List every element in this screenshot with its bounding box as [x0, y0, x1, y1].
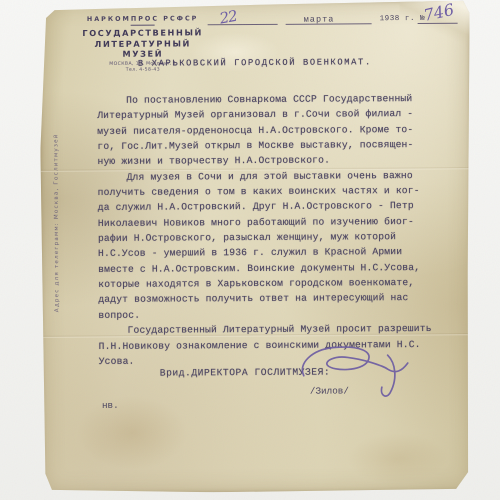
body-line: Литературный Музей организовал в г.Сочи …: [97, 106, 437, 123]
recipient-line: В ХАРЬКОВСКИЙ ГОРОДСКОЙ ВОЕНКОМАТ.: [40, 57, 470, 70]
paper-stain: [72, 392, 192, 473]
letterhead-org-name-line2: ЛИТЕРАТУРНЫЙ МУЗЕЙ: [78, 38, 208, 60]
letterhead-org-name-line1: ГОСУДАРСТВЕННЫЙ: [78, 27, 208, 38]
typist-initials: нв.: [102, 400, 119, 411]
paper-stain: [342, 431, 452, 487]
date-line: 22 марта 1938 г. № 746: [208, 7, 458, 35]
letterhead-divider: [131, 25, 155, 26]
body-line: да служил Н.А.Островский. Друг Н.А.Остро…: [98, 198, 438, 215]
body-line: Государственный Литературный Музей проси…: [98, 321, 438, 338]
telegram-address-side-note: Адрес для телеграмм: Москва, Гослитмузей: [53, 103, 60, 343]
body-text: По постановлению Совнаркома СССР Государ…: [97, 91, 439, 369]
body-line: Н.С.Усов - умерший в 1936 г. служил в Кр…: [98, 244, 438, 261]
typed-year-and-number-sign: 1938 г. №: [380, 15, 426, 23]
document-paper: НАРКОМПРОС РСФСР ГОСУДАРСТВЕННЫЙ ЛИТЕРАТ…: [40, 1, 473, 494]
signature-name: /Зилов/: [310, 385, 349, 396]
body-line: дадут возможность получить ответ на инте…: [98, 290, 438, 307]
handwritten-day: 22: [218, 7, 238, 28]
letterhead-ministry: НАРКОМПРОС РСФСР: [78, 14, 208, 23]
typed-month: марта: [304, 15, 335, 25]
body-line: го, Гос.Лит.Музей открыл в Москве выстав…: [97, 137, 437, 154]
